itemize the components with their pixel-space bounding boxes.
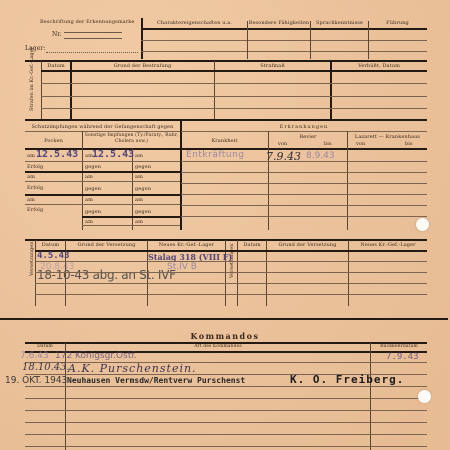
row-label-erfolg: Erfolg [27,185,43,191]
lager-field [46,52,138,53]
divider [41,83,427,84]
row-label-am: am [135,197,143,203]
illnesses-col-illness: Krankheit [181,138,268,144]
row-label-gegen: gegen [85,209,101,215]
divider [25,161,180,162]
date-dash: – [296,155,300,164]
divider [82,225,180,226]
row-label-am: am [135,174,143,180]
divider [82,216,180,218]
divider [35,294,427,295]
divider [41,70,427,72]
row-label-am: am [27,153,35,159]
kommandos-title: Kommandos [0,331,450,341]
vaccinations-col-pocken: Pocken [25,138,82,144]
illness-stamp: Entkräftung [186,150,245,160]
divider [25,398,427,399]
kommandos-col-type: Art des Kommandos [66,344,370,350]
kommando-return-1: 7.9.43 [386,352,419,362]
divider [141,28,427,30]
revier-von-label: von [278,141,287,147]
row-label-erfolg: Erfolg [27,164,43,170]
divider [25,119,427,121]
header-col-languages: Sprachkenntnisse [311,20,368,26]
divider [181,183,427,184]
nr-field [64,32,122,39]
punishments-col-measure: Strafmaß [215,63,330,69]
divider [25,386,427,387]
nr-label: Nr. [52,32,62,38]
divider [25,194,180,196]
divider [181,194,427,195]
other-date-stamp: 12.5.43 [92,149,134,160]
divider [181,172,427,173]
illnesses-col-lazarett: Lazarett — Krankenhaus [348,134,427,140]
header-col-conduct: Führung [369,20,426,26]
row-label-gegen: gegen [85,186,101,192]
pow-record-card: Beschriftung der Erkennungsmarke Nr. Lag… [0,0,450,450]
divider [181,216,427,217]
divider [25,239,427,241]
transfers-col-reason-2: Grund der Versetzung [267,242,348,248]
transfers-col-camp: Neues Kr.-Gef.-Lager [148,242,225,248]
lazarett-bis-label: bis [405,141,413,147]
divider [25,131,180,132]
divider [25,181,180,182]
divider [25,434,427,435]
row-label-am: am [85,197,93,203]
row-label-am: am [27,197,35,203]
transfer-entry-3: 18-10-43 abg. an St. IVF [37,268,176,282]
transfers-col-reason: Grund der Versetzung [66,242,147,248]
illnesses-title: Erkrankungen [181,124,427,130]
divider [25,204,180,205]
divider [25,446,427,447]
row-label-gegen: gegen [135,209,151,215]
divider [141,51,427,52]
divider [25,171,180,173]
row-label-am: am [135,153,143,159]
transfers-col-date: Datum [36,242,65,248]
kommando-date-1: 7.6.43 [20,351,49,361]
punch-hole [418,390,431,403]
row-label-am: am [27,174,35,180]
divider [25,60,427,62]
divider [41,96,427,97]
header-col-character: Charaktereigenschaften u.a. [142,20,247,26]
row-label-am: am [85,174,93,180]
header-col-abilities: Besondere Fähigkeiten [248,20,310,26]
divider [181,161,427,162]
lazarett-von-label: von [356,141,365,147]
transfers-col-date-2: Datum [238,242,266,248]
divider [180,120,182,230]
divider [35,261,427,262]
pocken-date-stamp: 12.5.43 [36,149,78,160]
divider [368,21,369,59]
id-tag-label: Beschriftung der Erkennungsmarke [40,19,134,25]
revier-bis-label: bis [324,141,332,147]
punishments-side-label: Strafen im Kr.-Gef.-Lager [29,47,35,111]
transfers-col-camp-2: Neues Kr.-Gef.-Lager [349,242,427,248]
kommandos-col-date: Datum [25,344,65,350]
kommandos-col-return: Rückkehrdatum [371,344,427,350]
row-label-erfolg: Erfolg [27,207,43,213]
divider [181,131,427,132]
transfer-date-1: 4.5.43 [37,251,70,261]
divider [25,410,427,411]
vaccinations-title: Schutzimpfungen während der Gefangenscha… [25,124,180,130]
revier-bis-stamp: 8.9.43 [306,151,335,161]
divider [35,272,427,273]
kommando-extra-3: K. O. Freiberg. [290,373,404,386]
row-label-gegen: gegen [85,164,101,170]
kommando-text-1: 172 Königsgr.Ostf. [55,351,137,361]
illnesses-col-revier: Revier [269,134,347,140]
divider [181,205,427,206]
divider [310,21,311,59]
divider [35,283,427,284]
row-label-gegen: gegen [135,164,151,170]
punishments-col-served: Verbüßt, Datum [331,63,427,69]
divider [247,21,248,59]
punch-hole [416,218,429,231]
divider [141,40,427,41]
kommando-date-2: 18.10.43. [22,362,70,373]
divider [0,318,448,320]
kommando-date-3: 19. OKT. 1943 [5,375,67,386]
divider [25,422,427,423]
row-label-gegen: gegen [135,186,151,192]
divider [41,108,427,109]
punishments-col-reason: Grund der Bestrafung [71,63,214,69]
kommando-text-3: Neuhausen Vermsdw/Rentverw Purschenst [67,376,245,385]
punishments-col-date: Datum [42,63,70,69]
vaccinations-col-other: Sonstige Impfungen (Ty./Paraty., Ruhr, C… [83,133,180,145]
